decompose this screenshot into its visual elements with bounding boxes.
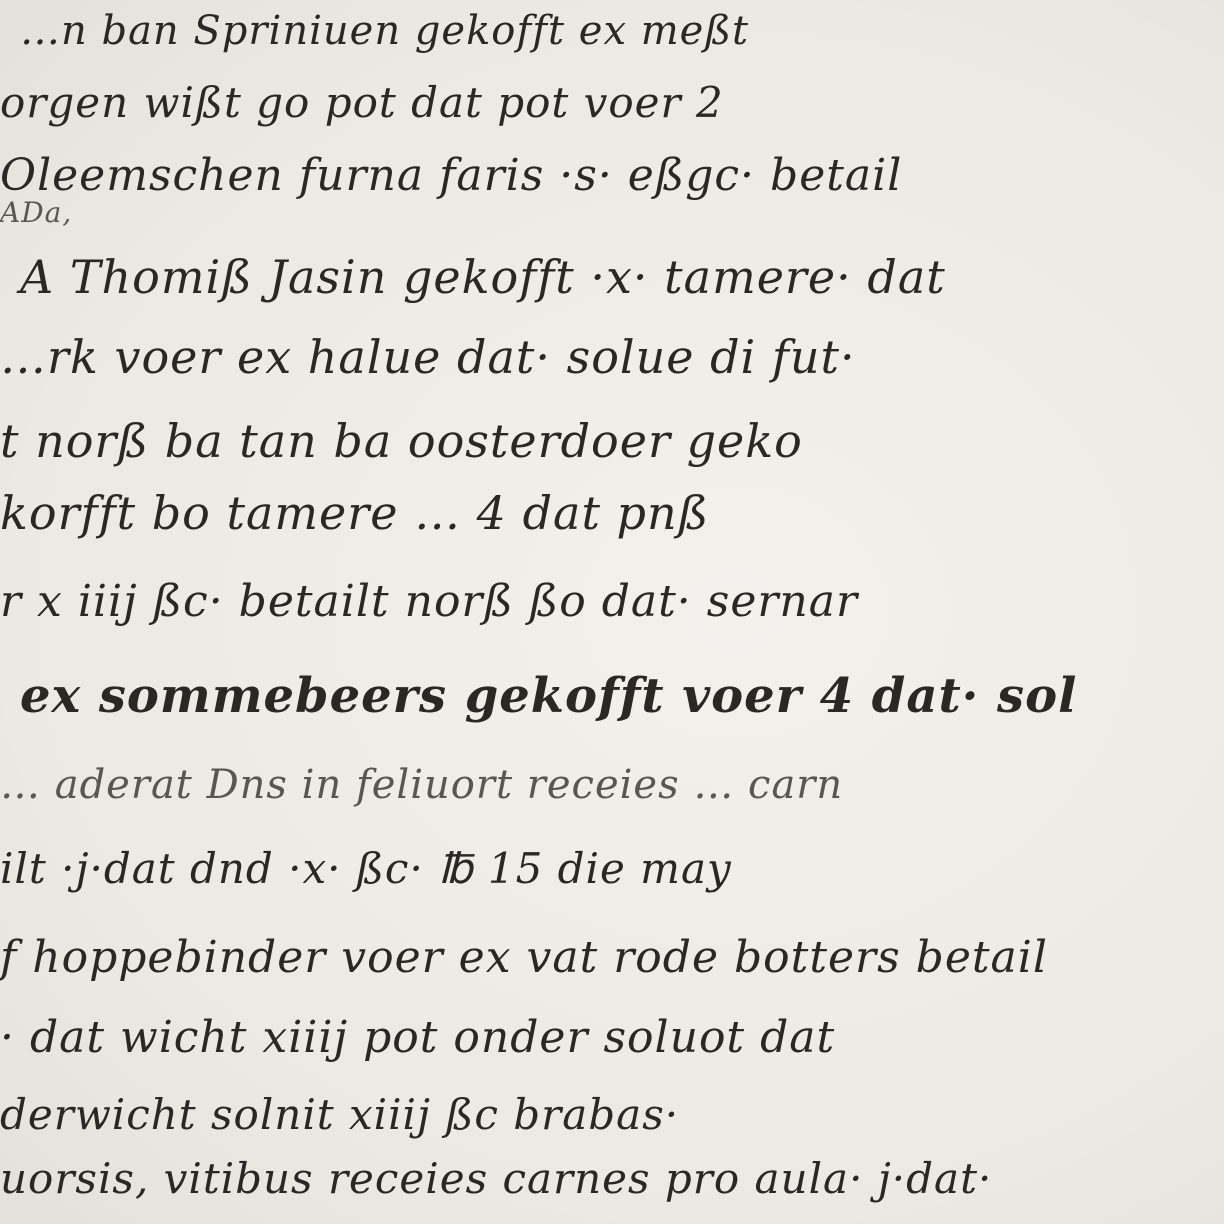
manuscript-margin-note: ADa, — [0, 196, 72, 229]
manuscript-line-4: A Thomiß Jasin gekofft ·x· tamere· dat — [20, 250, 946, 304]
manuscript-line-13: · dat wicht xiiij pot onder soluot dat — [0, 1012, 835, 1063]
manuscript-line-2: orgen wißt go pot dat pot voer 2 — [0, 78, 724, 127]
manuscript-line-10: … aderat Dns in feliuort receies … carn — [0, 762, 843, 808]
manuscript-line-9: ex sommebeers gekofft voer 4 dat· sol — [20, 668, 1077, 724]
manuscript-line-6: t norß ba tan ba oosterdoer geko — [0, 414, 803, 468]
manuscript-line-11: ilt ·j·dat dnd ·x· ßc· ℔ 15 die may — [0, 844, 732, 893]
manuscript-page: …n ban Spriniuen gekofft ex meßt orgen w… — [0, 0, 1224, 1224]
manuscript-line-12: f hoppebinder voer ex vat rode botters b… — [0, 932, 1048, 983]
manuscript-line-3: Oleemschen furna faris ·s· eßgc· betail — [0, 150, 902, 201]
manuscript-line-8: r x iiij ßc· betailt norß ßo dat· sernar — [0, 576, 858, 627]
manuscript-line-7: korfft bo tamere … 4 dat pnß — [0, 486, 709, 540]
manuscript-line-5: …rk voer ex halue dat· solue di fut· — [0, 330, 856, 384]
manuscript-line-15: uorsis, vitibus receies carnes pro aula·… — [0, 1154, 992, 1203]
manuscript-line-1: …n ban Spriniuen gekofft ex meßt — [20, 8, 749, 54]
manuscript-line-14: derwicht solnit xiiij ßc brabas· — [0, 1090, 679, 1139]
